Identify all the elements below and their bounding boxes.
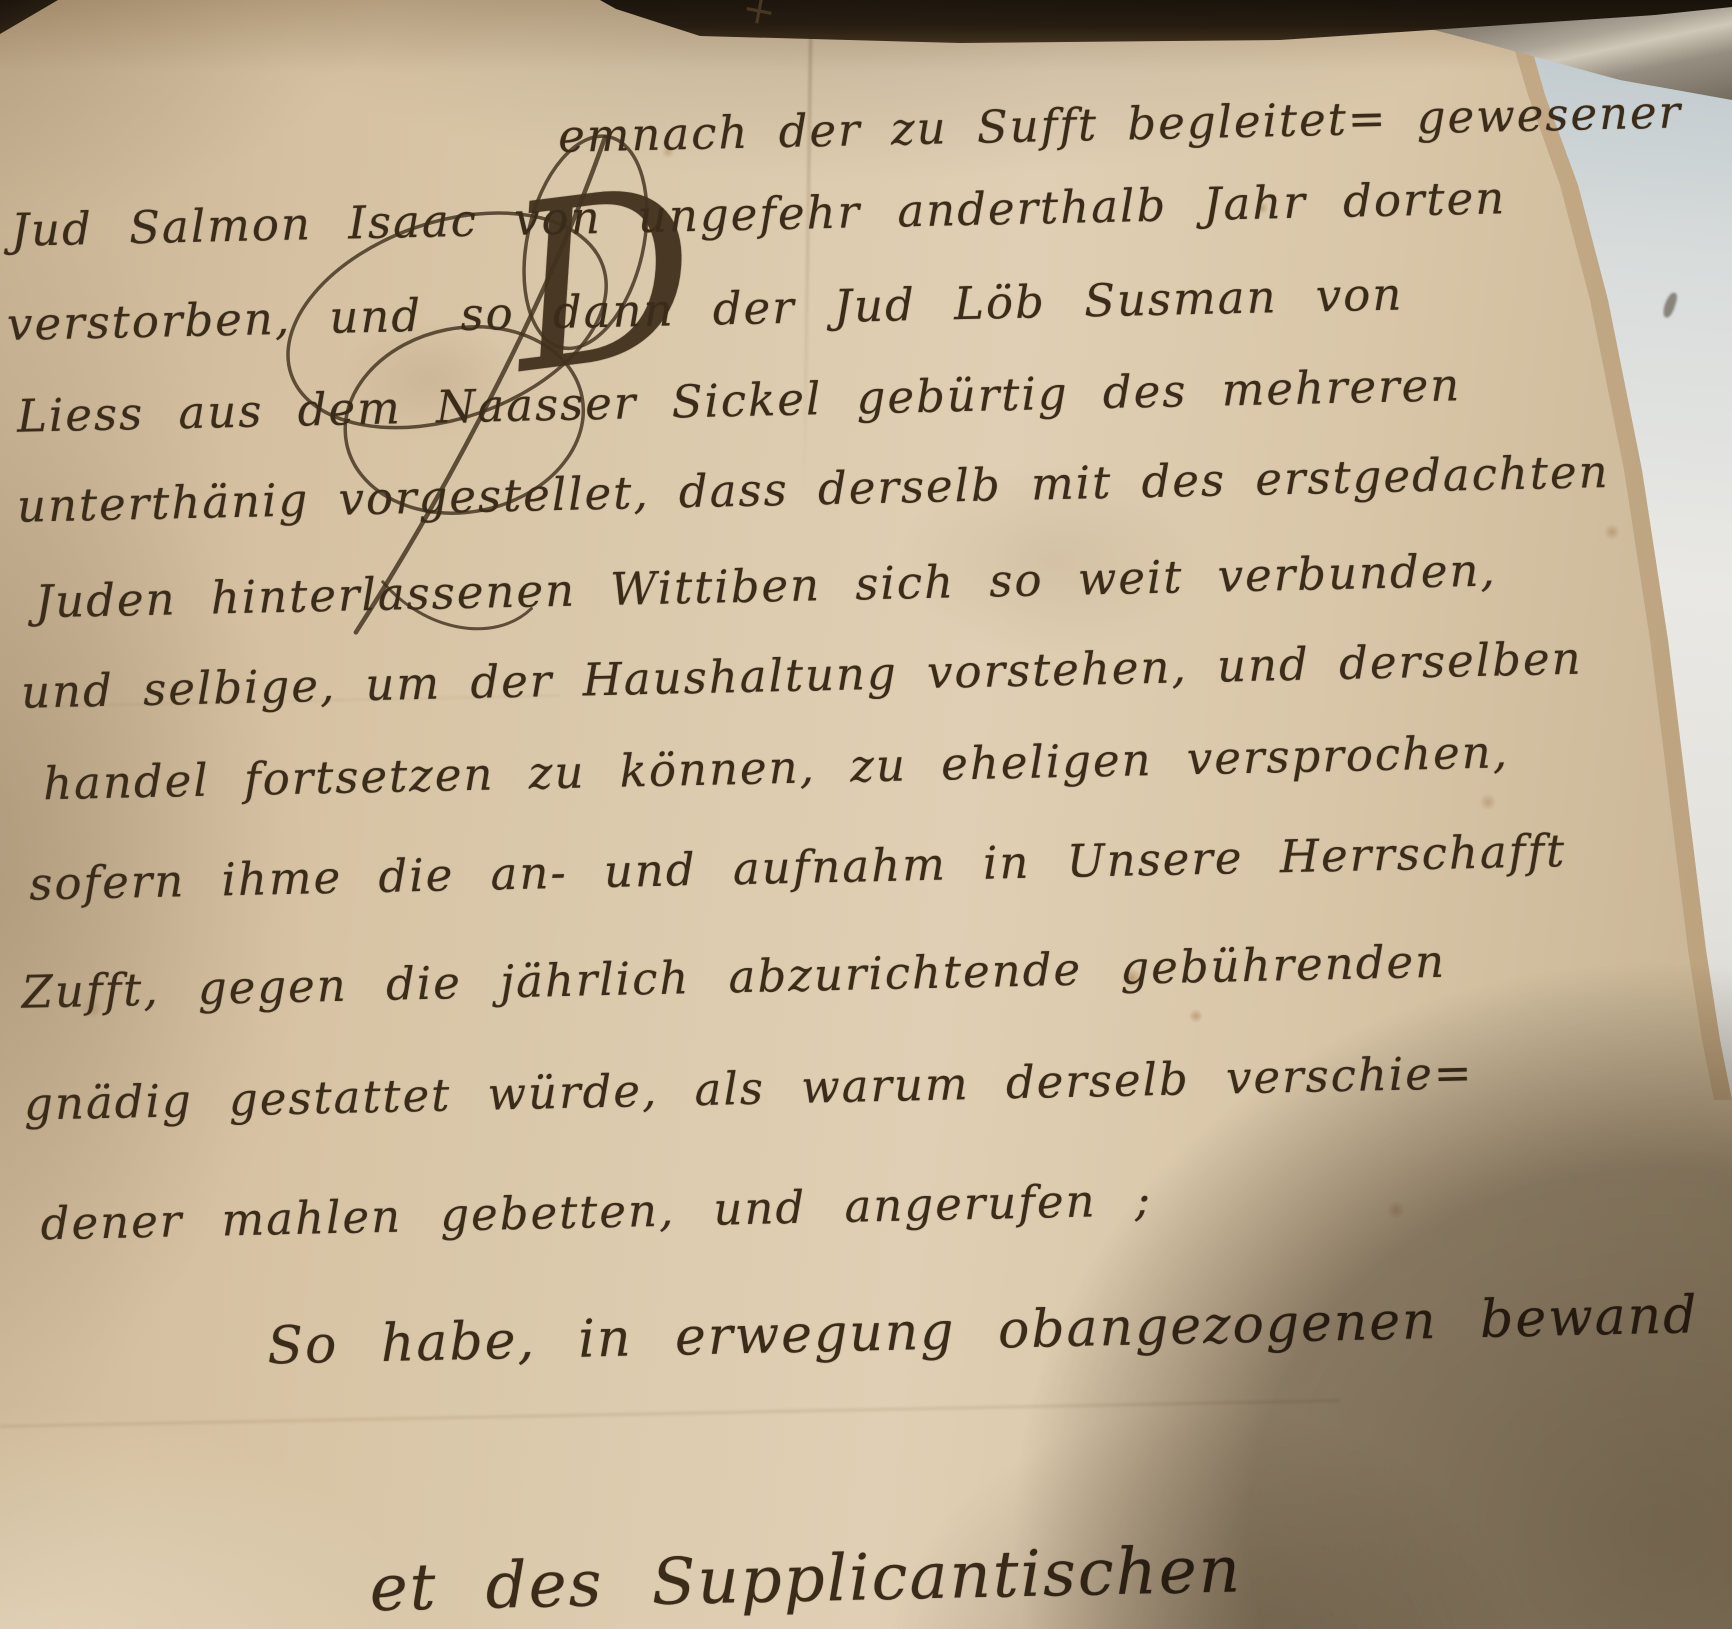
manuscript-line-4: Liess aus dem Naasser Sickel gebürtig de… [17,358,1462,442]
manuscript-line-11: gnädig gestattet würde, als warum dersel… [24,1046,1475,1131]
manuscript-line-6: Juden hinterlassenen Wittiben sich so we… [35,543,1498,628]
manuscript-line-8: handel fortsetzen zu können, zu eheligen… [43,725,1510,810]
handwritten-text-block: + D emnach der zu Sufft begleitet= gewes… [0,0,1732,1629]
manuscript-line-2: Jud Salmon Isaac von ungefehr anderthalb… [10,171,1506,257]
manuscript-line-1: emnach der zu Sufft begleitet= gewesener [558,85,1683,163]
manuscript-line-13: So habe, in erwegung obangezogenen bewan… [267,1285,1699,1376]
manuscript-line-10: Zufft, gegen die jährlich abzurichtende … [21,935,1447,1019]
manuscript-line-12: dener mahlen gebetten, und angerufen ; [40,1173,1152,1250]
manuscript-line-5: unterthänig vorgestellet, dass derselb m… [16,445,1610,533]
manuscript-line-9: sofern ihme die an- und aufnahm in Unser… [29,824,1567,911]
manuscript-line-7: und selbige, um der Haushaltung vorstehe… [21,632,1584,719]
manuscript-photo: + D emnach der zu Sufft begleitet= gewes… [0,0,1732,1629]
plus-mark: + [738,0,780,36]
